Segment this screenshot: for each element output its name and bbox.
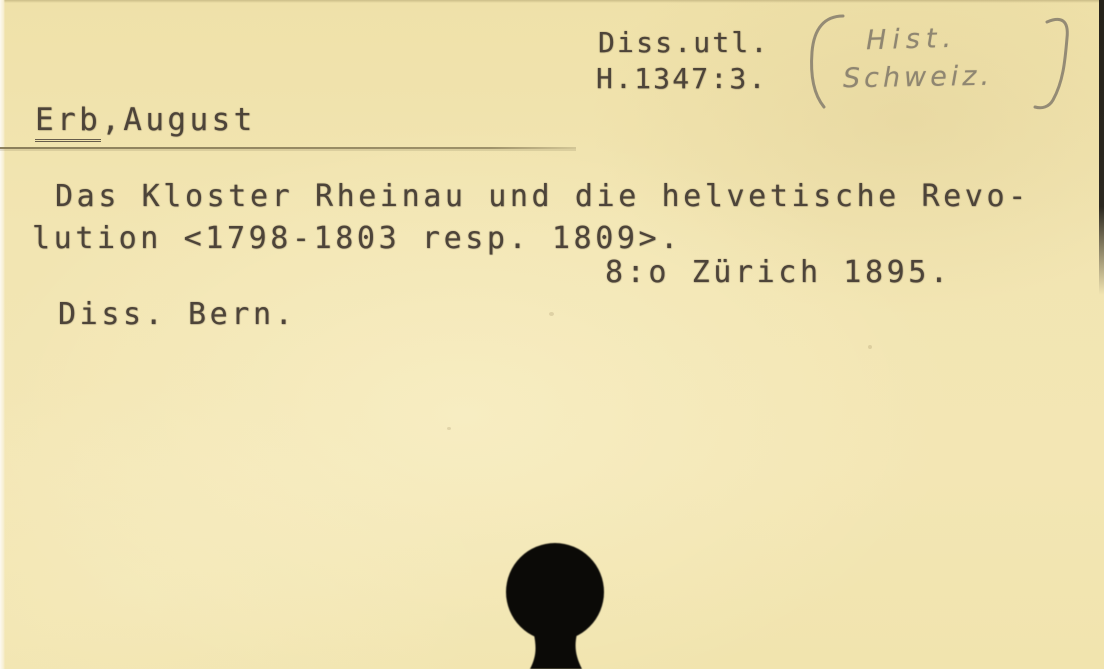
handwritten-classification-line1: Hist. — [866, 23, 958, 56]
close-bracket-icon — [1035, 19, 1067, 107]
paper-speck — [549, 312, 554, 316]
paper-speck — [447, 427, 451, 430]
call-number-line1: Diss.utl. — [598, 26, 770, 59]
title-line2: lution <1798-1803 resp. 1809>. — [32, 221, 682, 256]
scan-edge-left — [0, 0, 5, 669]
keyhole-punch-icon — [494, 538, 619, 669]
call-number-line2: H.1347:3. — [596, 62, 768, 95]
imprint-line: 8:o Zürich 1895. — [605, 255, 952, 290]
title-line1: Das Kloster Rheinau und die helvetische … — [55, 179, 1030, 214]
scan-edge-right — [1099, 0, 1104, 295]
handwritten-classification-line2: Schweiz. — [843, 61, 994, 95]
heading-rule — [0, 147, 576, 149]
open-bracket-icon — [812, 16, 843, 107]
paper-speck — [868, 345, 872, 349]
dissertation-note: Diss. Bern. — [58, 297, 296, 332]
author-forename: ,August — [101, 102, 255, 138]
author-heading: Erb,August — [35, 102, 256, 138]
author-surname: Erb — [35, 102, 101, 142]
catalog-card-scan: Diss.utl. H.1347:3. Hist. Schweiz. Erb,A… — [0, 0, 1104, 669]
scan-edge-top — [0, 0, 1104, 3]
